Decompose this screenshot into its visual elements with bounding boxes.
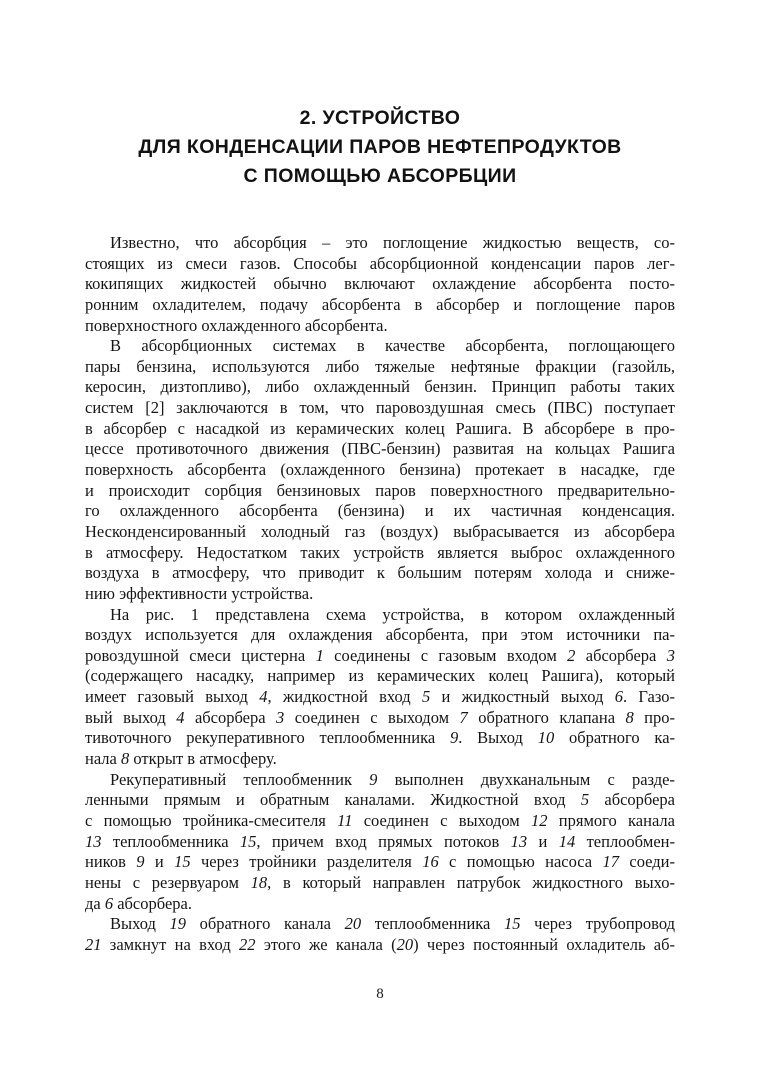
text-run: абсорбера [589,790,675,809]
text-line: керосин, дизтопливо), либо охлажденный б… [85,377,675,398]
text-run: абсорбера. [113,894,192,913]
text-run: систем [2] заключаются в том, что парово… [85,398,675,417]
text-line: кокипящих жидкостей обычно включают охла… [85,274,675,295]
chapter-heading-line-2: ДЛЯ КОНДЕНСАЦИИ ПАРОВ НЕФТЕПРОДУКТОВ [85,133,675,162]
chapter-heading-line-1: 2. УСТРОЙСТВО [85,104,675,133]
text-line: Известно, что абсорбция – это поглощение… [85,233,675,254]
text-line: ровоздушной смеси цистерна 1 соединены с… [85,646,675,667]
reference-number: 20 [345,914,362,933]
text-run: этого же канала ( [256,935,397,954]
text-run: тивоточного рекуперативного теплообменни… [85,728,450,747]
text-run: поверхность абсорбента (охлажденного бен… [85,460,675,479]
text-run: с помощью тройника-смесителя [85,811,337,830]
text-run: обратного канала [186,914,345,933]
text-line: нены с резервуаром 18, в который направл… [85,873,675,894]
reference-number: 15 [240,832,257,851]
text-run: замкнут на вход [102,935,240,954]
reference-number: 22 [239,935,256,954]
text-run: соеди- [619,852,675,871]
text-line: ронним охладителем, подачу абсорбента в … [85,295,675,316]
text-run: керосин, дизтопливо), либо охлажденный б… [85,377,675,396]
text-run: соединены с газовым входом [324,646,567,665]
text-run: го охлажденного абсорбента (бензина) и и… [85,501,675,520]
text-run: нены с резервуаром [85,873,251,892]
reference-number: 8 [121,749,129,768]
text-run: В абсорбционных системах в качестве абсо… [110,336,675,355]
body-text: Известно, что абсорбция – это поглощение… [85,233,675,955]
text-line: и происходит сорбция бензиновых паров по… [85,481,675,502]
text-line: цессе противоточного движения (ПВС-бензи… [85,439,675,460]
text-line: ленными прямым и обратным каналами. Жидк… [85,790,675,811]
text-run: Несконденсированный холодный газ (воздух… [85,522,675,541]
text-run: абсорбера [185,708,277,727]
text-line: поверхностного охлажденного абсорбента. [85,316,675,337]
text-run: стоящих из смеси газов. Способы абсорбци… [85,254,675,273]
document-page: 2. УСТРОЙСТВО ДЛЯ КОНДЕНСАЦИИ ПАРОВ НЕФТ… [0,0,764,1080]
text-run: выполнен двухканальным с разде- [377,770,675,789]
text-run: Известно, что абсорбция – это поглощение… [110,233,675,252]
text-run: и [145,852,175,871]
reference-number: 20 [397,935,414,954]
page-number: 8 [376,986,384,1002]
reference-number: 6 [615,687,623,706]
reference-number: 3 [667,646,675,665]
text-run: ленными прямым и обратным каналами. Жидк… [85,790,581,809]
text-line: В абсорбционных системах в качестве абсо… [85,336,675,357]
text-line: в атмосферу. Недостатком таких устройств… [85,543,675,564]
text-run: ронним охладителем, подачу абсорбента в … [85,295,675,314]
text-run: ровоздушной смеси цистерна [85,646,316,665]
text-line: да 6 абсорбера. [85,894,675,915]
text-line: имеет газовый выход 4, жидкостной вход 5… [85,687,675,708]
paragraph: На рис. 1 представлена схема устройства,… [85,605,675,770]
text-run: (содержащего насадку, например из керами… [85,666,675,685]
text-line: (содержащего насадку, например из керами… [85,666,675,687]
reference-number: 1 [316,646,324,665]
text-line: нала 8 открыт в атмосферу. [85,749,675,770]
text-line: воздуха в атмосферу, что приводит к боль… [85,563,675,584]
text-run: кокипящих жидкостей обычно включают охла… [85,274,675,293]
reference-number: 5 [581,790,589,809]
text-run: нала [85,749,121,768]
text-line: ников 9 и 15 через тройники разделителя … [85,852,675,873]
text-run: про- [634,708,675,727]
text-line: Выход 19 обратного канала 20 теплообменн… [85,914,675,935]
text-run: , жидкостной вход [267,687,422,706]
text-run: теплообменника [102,832,240,851]
paragraph: В абсорбционных системах в качестве абсо… [85,336,675,604]
paragraph: Выход 19 обратного канала 20 теплообменн… [85,914,675,955]
text-run: соединен с выходом [352,811,531,830]
chapter-heading-line-3: С ПОМОЩЬЮ АБСОРБЦИИ [85,162,675,191]
text-line: 13 теплообменника 15, причем вход прямых… [85,832,675,853]
paragraph: Известно, что абсорбция – это поглощение… [85,233,675,336]
text-run: да [85,894,105,913]
text-run: открыт в атмосферу. [129,749,276,768]
text-line: Несконденсированный холодный газ (воздух… [85,522,675,543]
text-run: поверхностного охлажденного абсорбента. [85,316,388,335]
text-run: На рис. 1 представлена схема устройства,… [110,605,675,624]
reference-number: 8 [625,708,633,727]
text-run: вый выход [85,708,176,727]
text-line: с помощью тройника-смесителя 11 соединен… [85,811,675,832]
text-line: поверхность абсорбента (охлажденного бен… [85,460,675,481]
reference-number: 13 [511,832,528,851]
reference-number: 15 [174,852,191,871]
text-run: воздуха в атмосферу, что приводит к боль… [85,563,675,582]
page-footer: 8 [85,986,675,1003]
reference-number: 9 [450,728,458,747]
text-line: На рис. 1 представлена схема устройства,… [85,605,675,626]
text-line: воздух используется для охлаждения абсор… [85,625,675,646]
text-run: пары бензина, используются либо тяжелые … [85,357,675,376]
reference-number: 14 [559,832,576,851]
reference-number: 5 [422,687,430,706]
text-run: через тройники разделителя [191,852,423,871]
reference-number: 6 [105,894,113,913]
text-run: . Выход [458,728,538,747]
text-run: через трубопровод [521,914,675,933]
text-run: , в который направлен патрубок жидкостно… [267,873,675,892]
text-line: систем [2] заключаются в том, что парово… [85,398,675,419]
text-run: и [527,832,559,851]
reference-number: 15 [504,914,521,933]
reference-number: 21 [85,935,102,954]
text-run: соединен с выходом [284,708,459,727]
text-run: теплообмен- [575,832,675,851]
reference-number: 18 [251,873,268,892]
text-run: прямого канала [548,811,675,830]
text-run: цессе противоточного движения (ПВС-бензи… [85,439,675,458]
text-run: обратного клапана [468,708,626,727]
text-run: теплообменника [361,914,504,933]
text-run: ) через постоянный охладитель аб- [413,935,675,954]
reference-number: 17 [603,852,620,871]
text-line: вый выход 4 абсорбера 3 соединен с выход… [85,708,675,729]
text-run: . Газо- [623,687,675,706]
text-run: абсорбера [575,646,666,665]
chapter-heading: 2. УСТРОЙСТВО ДЛЯ КОНДЕНСАЦИИ ПАРОВ НЕФТ… [85,104,675,191]
text-line: пары бензина, используются либо тяжелые … [85,357,675,378]
text-line: в абсорбер с насадкой из керамических ко… [85,419,675,440]
paragraph: Рекуперативный теплообменник 9 выполнен … [85,770,675,914]
text-run: , причем вход прямых потоков [256,832,510,851]
text-run: нию эффективности устройства. [85,584,313,603]
text-run: в атмосферу. Недостатком таких устройств… [85,543,675,562]
text-run: с помощью насоса [439,852,603,871]
reference-number: 16 [422,852,439,871]
text-run: и происходит сорбция бензиновых паров по… [85,481,675,500]
text-run: Рекуперативный теплообменник [110,770,369,789]
reference-number: 4 [176,708,184,727]
reference-number: 10 [538,728,555,747]
text-run: воздух используется для охлаждения абсор… [85,625,675,644]
reference-number: 7 [460,708,468,727]
text-run: обратного ка- [554,728,675,747]
text-line: 21 замкнут на вход 22 этого же канала (2… [85,935,675,956]
reference-number: 12 [531,811,548,830]
text-run: в абсорбер с насадкой из керамических ко… [85,419,675,438]
text-run: ников [85,852,136,871]
text-run: и жидкостный выход [430,687,614,706]
text-run: имеет газовый выход [85,687,259,706]
reference-number: 19 [170,914,187,933]
text-line: стоящих из смеси газов. Способы абсорбци… [85,254,675,275]
reference-number: 13 [85,832,102,851]
text-line: тивоточного рекуперативного теплообменни… [85,728,675,749]
reference-number: 9 [136,852,144,871]
text-line: Рекуперативный теплообменник 9 выполнен … [85,770,675,791]
text-run: Выход [110,914,170,933]
text-line: го охлажденного абсорбента (бензина) и и… [85,501,675,522]
reference-number: 11 [337,811,352,830]
text-line: нию эффективности устройства. [85,584,675,605]
